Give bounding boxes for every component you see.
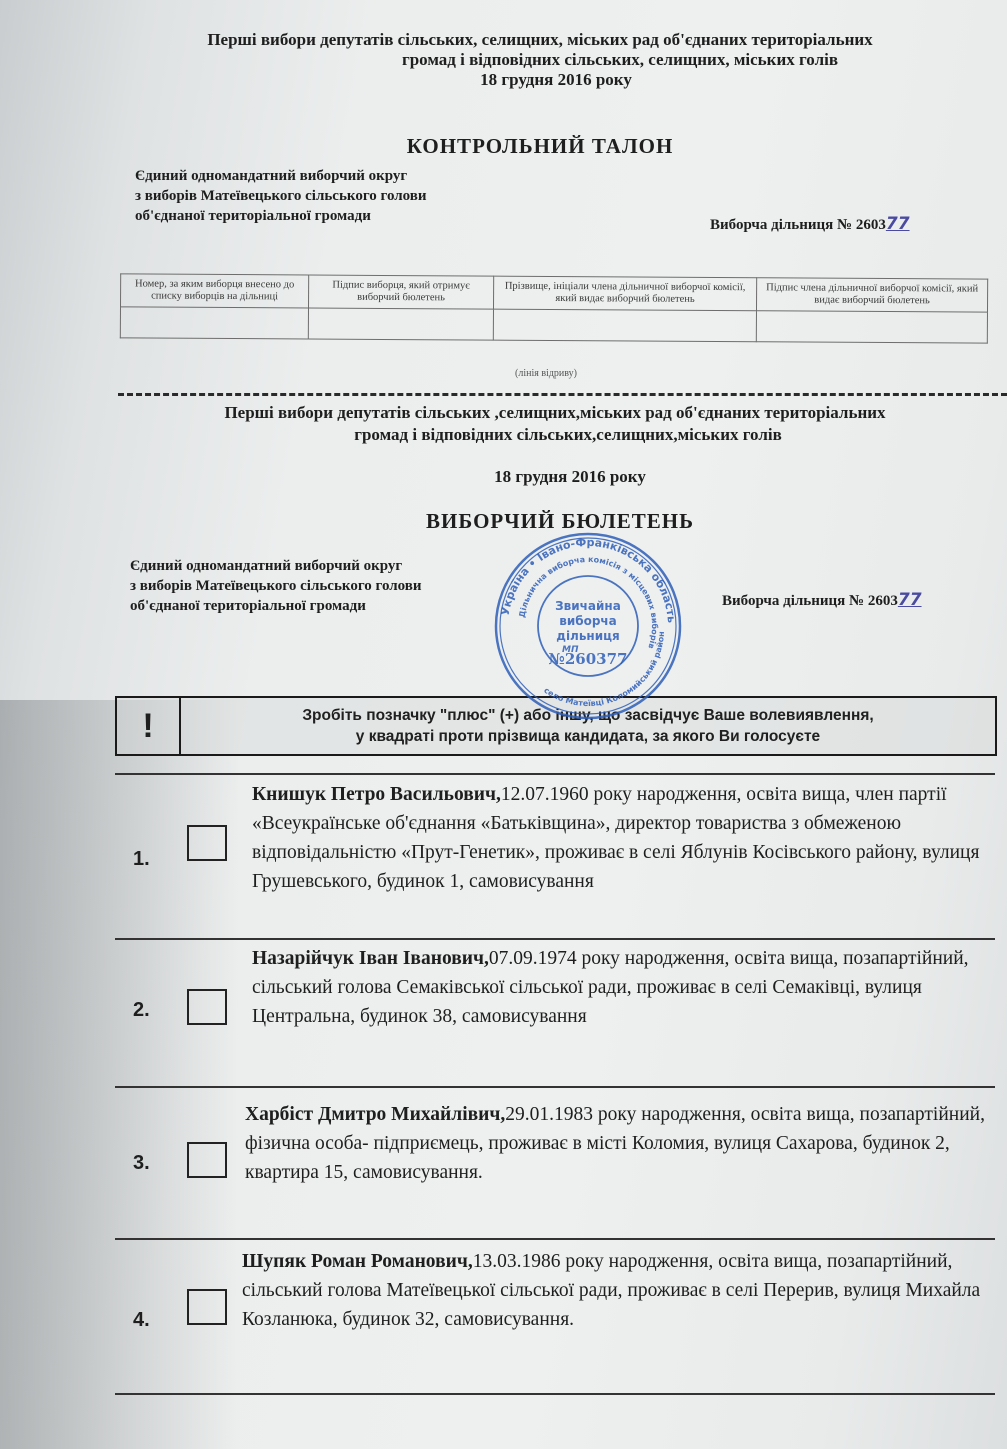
stamp-center-line2: виборча <box>559 614 617 628</box>
stamp-mp: МП <box>562 645 579 655</box>
ballot-station-handwritten: 77 <box>898 590 922 610</box>
svg-text:Україна • Івано-Франківська об: Україна • Івано-Франківська область <box>499 536 678 624</box>
divider <box>115 938 995 940</box>
candidate-checkbox-2[interactable] <box>187 989 227 1025</box>
candidate-row-2: 2. Назарійчук Іван Іванович,07.09.1974 р… <box>115 944 995 1084</box>
stamp-outer-text: Україна • Івано-Франківська область <box>499 536 678 624</box>
candidate-checkbox-3[interactable] <box>187 1142 227 1178</box>
talon-col-voter-signature: Підпис виборця, який отримує виборчий бю… <box>308 275 493 309</box>
talon-cell-member-name[interactable] <box>493 309 756 342</box>
candidate-row-1: 1. Книшук Петро Васильович,12.07.1960 ро… <box>115 780 995 935</box>
ballot-title: ВИБОРЧИЙ БЮЛЕТЕНЬ <box>350 509 770 534</box>
ballot-election-title: Перші вибори депутатів сільських ,селищн… <box>120 402 1000 446</box>
candidate-name: Книшук Петро Васильович, <box>252 784 501 805</box>
divider <box>115 1393 995 1395</box>
ballot-district: Єдиний одномандатний виборчий округ з ви… <box>130 556 422 616</box>
talon-col-member-name: Прізвище, ініціали члена дільничної вибо… <box>493 276 756 311</box>
stamp-center-line1: Звичайна <box>555 599 621 613</box>
talon-district: Єдиний одномандатний виборчий округ з ви… <box>135 166 427 226</box>
talon-cell-member-signature[interactable] <box>756 311 987 343</box>
instruction-text: Зробіть позначку "плюс" (+) або іншу, що… <box>181 698 995 754</box>
talon-col-voter-number: Номер, за яким виборця внесено до списку… <box>121 274 309 308</box>
stamp-center-line3: дільниця <box>556 629 619 643</box>
candidate-row-3: 3. Харбіст Дмитро Михайлівич,29.01.1983 … <box>115 1100 995 1230</box>
stamp-ring-text: Дільнична виборча комісія з місцевих виб… <box>518 555 660 650</box>
talon-title: КОНТРОЛЬНИЙ ТАЛОН <box>330 134 750 159</box>
talon-station: Виборча дільниця № 260377 <box>710 214 910 234</box>
ballot-station: Виборча дільниця № 260377 <box>722 590 922 610</box>
candidate-description: Харбіст Дмитро Михайлівич,29.01.1983 рок… <box>245 1100 1000 1187</box>
talon-table: Номер, за яким виборця внесено до списку… <box>120 273 988 343</box>
candidate-number: 3. <box>133 1152 150 1175</box>
commission-stamp: Україна • Івано-Франківська область Діль… <box>492 530 684 722</box>
talon-station-handwritten: 77 <box>886 214 910 234</box>
candidate-checkbox-1[interactable] <box>187 825 227 861</box>
candidate-checkbox-4[interactable] <box>187 1289 227 1325</box>
stamp-number: №260377 <box>549 650 628 668</box>
candidate-description: Книшук Петро Васильович,12.07.1960 року … <box>252 780 997 896</box>
talon-election-title: Перші вибори депутатів сільських, селищн… <box>130 30 990 90</box>
divider <box>115 1238 995 1240</box>
candidate-row-4: 4. Шупяк Роман Романович,13.03.1986 року… <box>115 1247 995 1387</box>
candidate-number: 1. <box>133 848 150 871</box>
talon-col-member-signature: Підпис члена дільничної виборчої комісії… <box>756 278 987 312</box>
ballot-date: 18 грудня 2016 року <box>370 467 770 487</box>
instruction-box: ! Зробіть позначку "плюс" (+) або іншу, … <box>115 696 997 756</box>
svg-text:Дільнична виборча комісія з мі: Дільнична виборча комісія з місцевих виб… <box>518 555 660 650</box>
candidate-description: Назарійчук Іван Іванович,07.09.1974 року… <box>252 944 997 1031</box>
tear-line-label: (лінія відриву) <box>515 368 577 379</box>
candidate-name: Шупяк Роман Романович, <box>242 1251 473 1272</box>
candidate-name: Назарійчук Іван Іванович, <box>252 948 489 969</box>
candidate-name: Харбіст Дмитро Михайлівич, <box>245 1104 505 1125</box>
talon-cell-voter-signature[interactable] <box>308 308 493 340</box>
candidate-description: Шупяк Роман Романович,13.03.1986 року на… <box>242 1247 1002 1334</box>
candidate-number: 4. <box>133 1309 150 1332</box>
candidate-number: 2. <box>133 999 150 1022</box>
tear-line[interactable] <box>118 393 1007 396</box>
divider <box>115 773 995 775</box>
divider <box>115 1086 995 1088</box>
talon-cell-voter-number[interactable] <box>120 307 308 339</box>
exclamation-icon: ! <box>117 698 181 754</box>
